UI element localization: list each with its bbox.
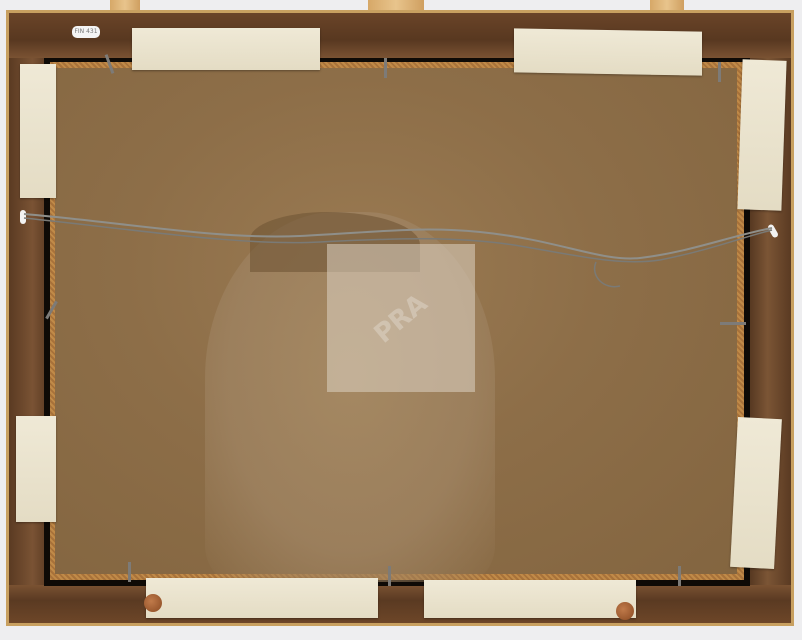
watermark-text: PRA	[335, 260, 468, 378]
watermark: PRA	[327, 244, 475, 392]
frame-bumper-left	[144, 594, 162, 612]
frame-bumper-right	[616, 602, 634, 620]
